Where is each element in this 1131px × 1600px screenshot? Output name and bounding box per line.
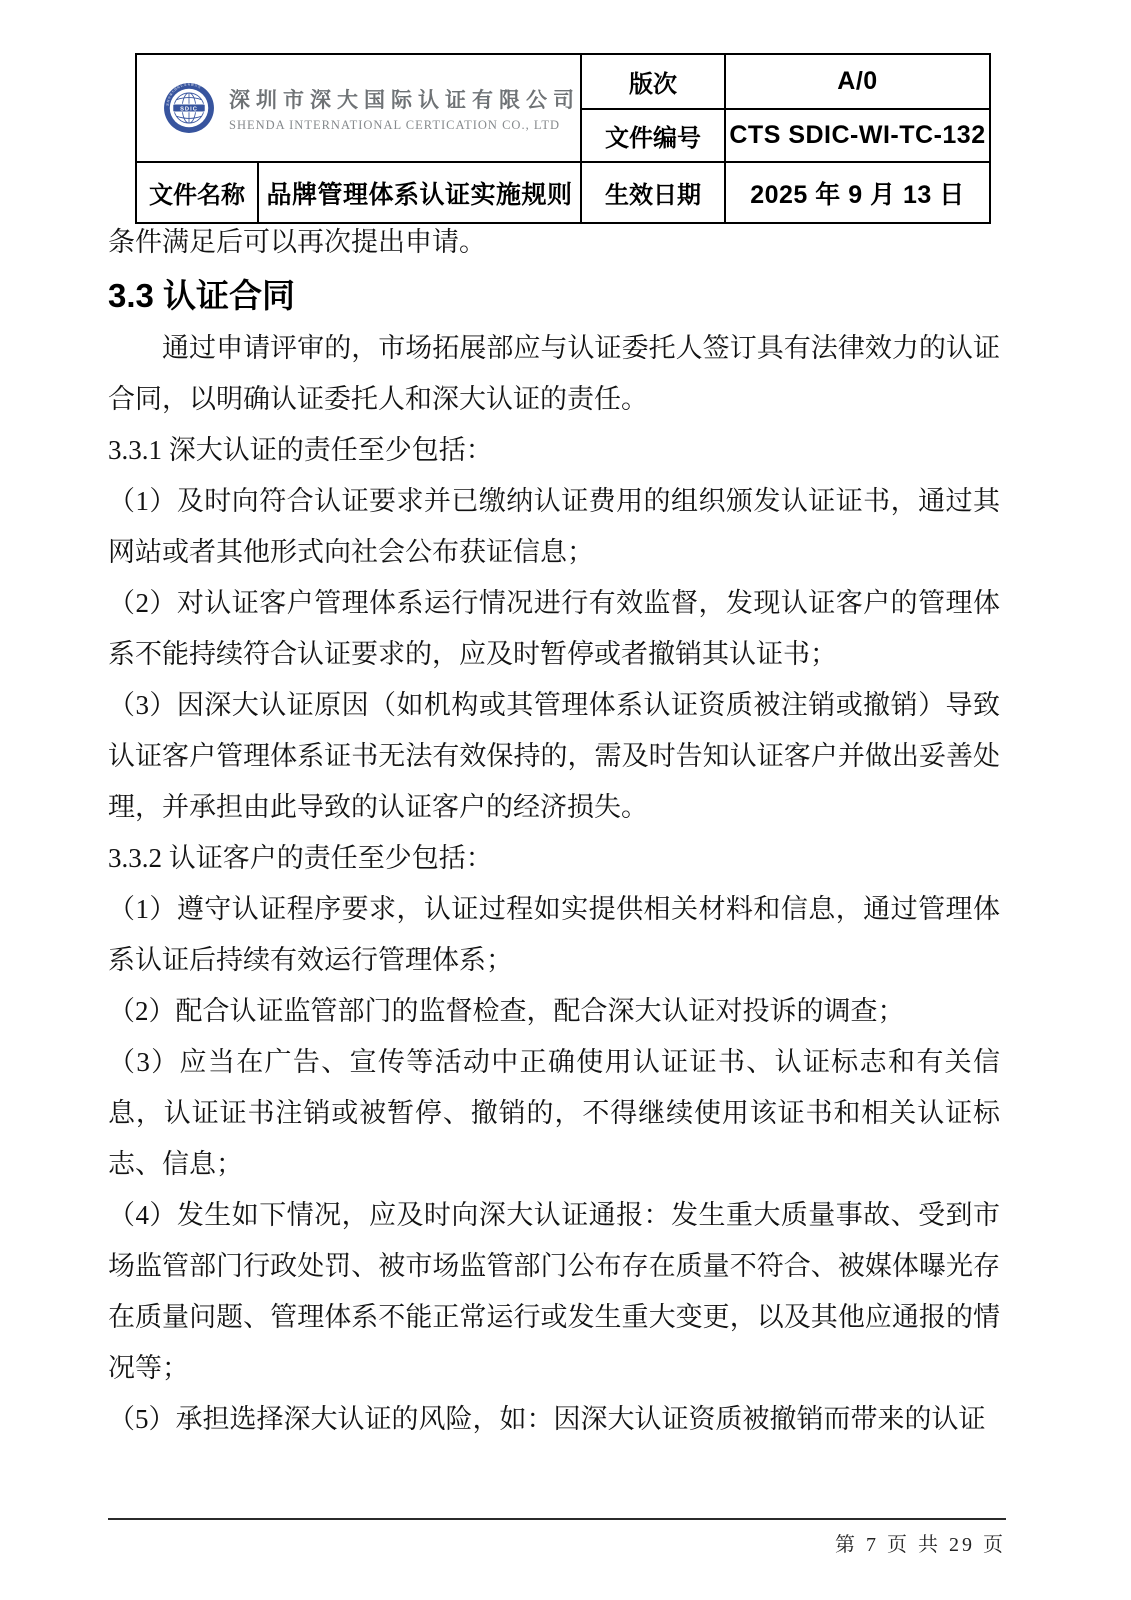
body-subsection: 3.3.2 认证客户的责任至少包括： (108, 833, 1000, 884)
body-list-item: （3）应当在广告、宣传等活动中正确使用认证证书、认证标志和有关信息，认证证书注销… (108, 1037, 1000, 1190)
effective-date-label: 生效日期 (582, 163, 724, 222)
company-name-cn: 深圳市深大国际认证有限公司 (229, 84, 580, 114)
body-list-item: （2）配合认证监管部门的监督检查，配合深大认证对投诉的调查； (108, 986, 1000, 1037)
doc-name-value: 品牌管理体系认证实施规则 (259, 163, 580, 222)
doc-name-label: 文件名称 (137, 163, 257, 222)
body-list-item: （1）及时向符合认证要求并已缴纳认证费用的组织颁发认证证书，通过其网站或者其他形… (108, 476, 1000, 578)
body-list-item: （2）对认证客户管理体系运行情况进行有效监督，发现认证客户的管理体系不能持续符合… (108, 578, 1000, 680)
effective-date-value: 2025 年 9 月 13 日 (726, 163, 989, 222)
company-logo-cell: 深圳市深大国际认证有限公司 SDIC 深圳市深大国际认证有限公司 SHENDA … (137, 55, 580, 161)
body-list-item: （1）遵守认证程序要求，认证过程如实提供相关材料和信息，通过管理体系认证后持续有… (108, 884, 1000, 986)
document-header-table: 深圳市深大国际认证有限公司 SDIC 深圳市深大国际认证有限公司 SHENDA … (135, 53, 991, 224)
company-name-en: SHENDA INTERNATIONAL CERTICATION CO., LT… (229, 118, 580, 133)
company-names: 深圳市深大国际认证有限公司 SHENDA INTERNATIONAL CERTI… (229, 84, 580, 133)
version-label: 版次 (582, 55, 724, 108)
footer-divider (108, 1518, 1006, 1520)
body-subsection: 3.3.1 深大认证的责任至少包括： (108, 425, 1000, 476)
body-list-item: （4）发生如下情况，应及时向深大认证通报：发生重大质量事故、受到市场监管部门行政… (108, 1190, 1000, 1394)
doc-number-value: CTS SDIC-WI-TC-132 (726, 110, 989, 161)
page-footer: 第 7 页 共 29 页 (108, 1518, 1006, 1557)
doc-number-label: 文件编号 (582, 110, 724, 161)
company-logo-icon: 深圳市深大国际认证有限公司 SDIC (163, 60, 215, 156)
section-heading: 3.3 认证合同 (108, 270, 1000, 321)
page-number: 第 7 页 共 29 页 (108, 1528, 1006, 1557)
document-page: 深圳市深大国际认证有限公司 SDIC 深圳市深大国际认证有限公司 SHENDA … (0, 0, 1131, 1600)
version-value: A/0 (726, 55, 989, 108)
document-body: 条件满足后可以再次提出申请。 3.3 认证合同 通过申请评审的，市场拓展部应与认… (108, 217, 1000, 1445)
body-list-item: （5）承担选择深大认证的风险，如：因深大认证资质被撤销而带来的认证 (108, 1394, 1000, 1445)
body-paragraph: 条件满足后可以再次提出申请。 (108, 217, 1000, 268)
body-list-item: （3）因深大认证原因（如机构或其管理体系认证资质被注销或撤销）导致认证客户管理体… (108, 680, 1000, 833)
logo-badge-text: SDIC (180, 106, 198, 112)
body-paragraph: 通过申请评审的，市场拓展部应与认证委托人签订具有法律效力的认证合同，以明确认证委… (108, 323, 1000, 425)
